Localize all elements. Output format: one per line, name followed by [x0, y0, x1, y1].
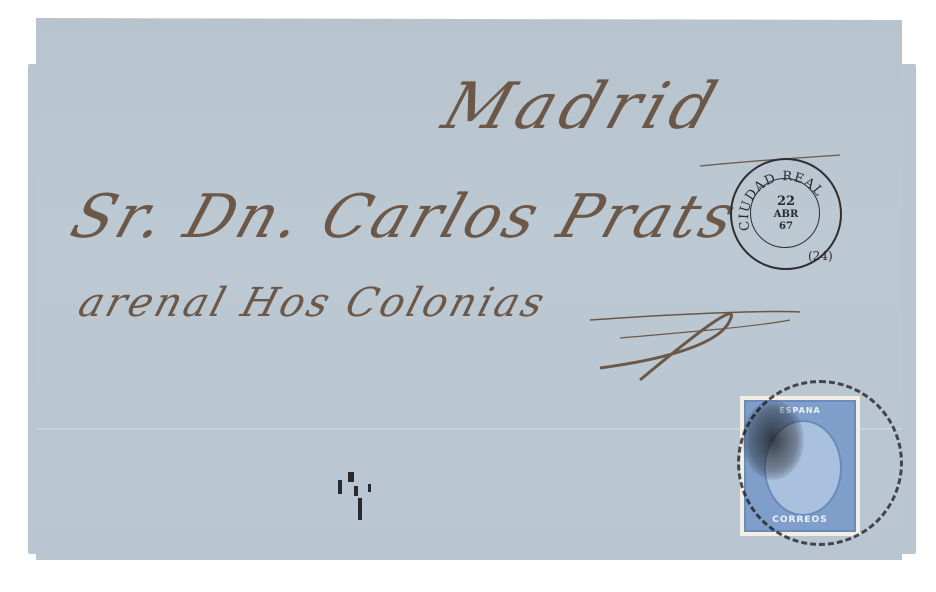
postmark-month: ABR — [732, 209, 840, 220]
postmark-day: 22 — [732, 194, 840, 209]
ink-smudge — [330, 462, 380, 532]
destination-city: Madrid — [434, 70, 731, 144]
circular-cancel — [737, 380, 903, 546]
postmark-year: 67 — [732, 221, 840, 232]
ciudad-real-postmark: CIUDAD REAL (24) 22 ABR 67 — [730, 158, 842, 270]
addressee-street: arenal Hos Colonias — [73, 280, 552, 326]
postmark-district: (24) — [808, 249, 833, 263]
addressee-name: Sr. Dn. Carlos Prats — [63, 182, 747, 252]
